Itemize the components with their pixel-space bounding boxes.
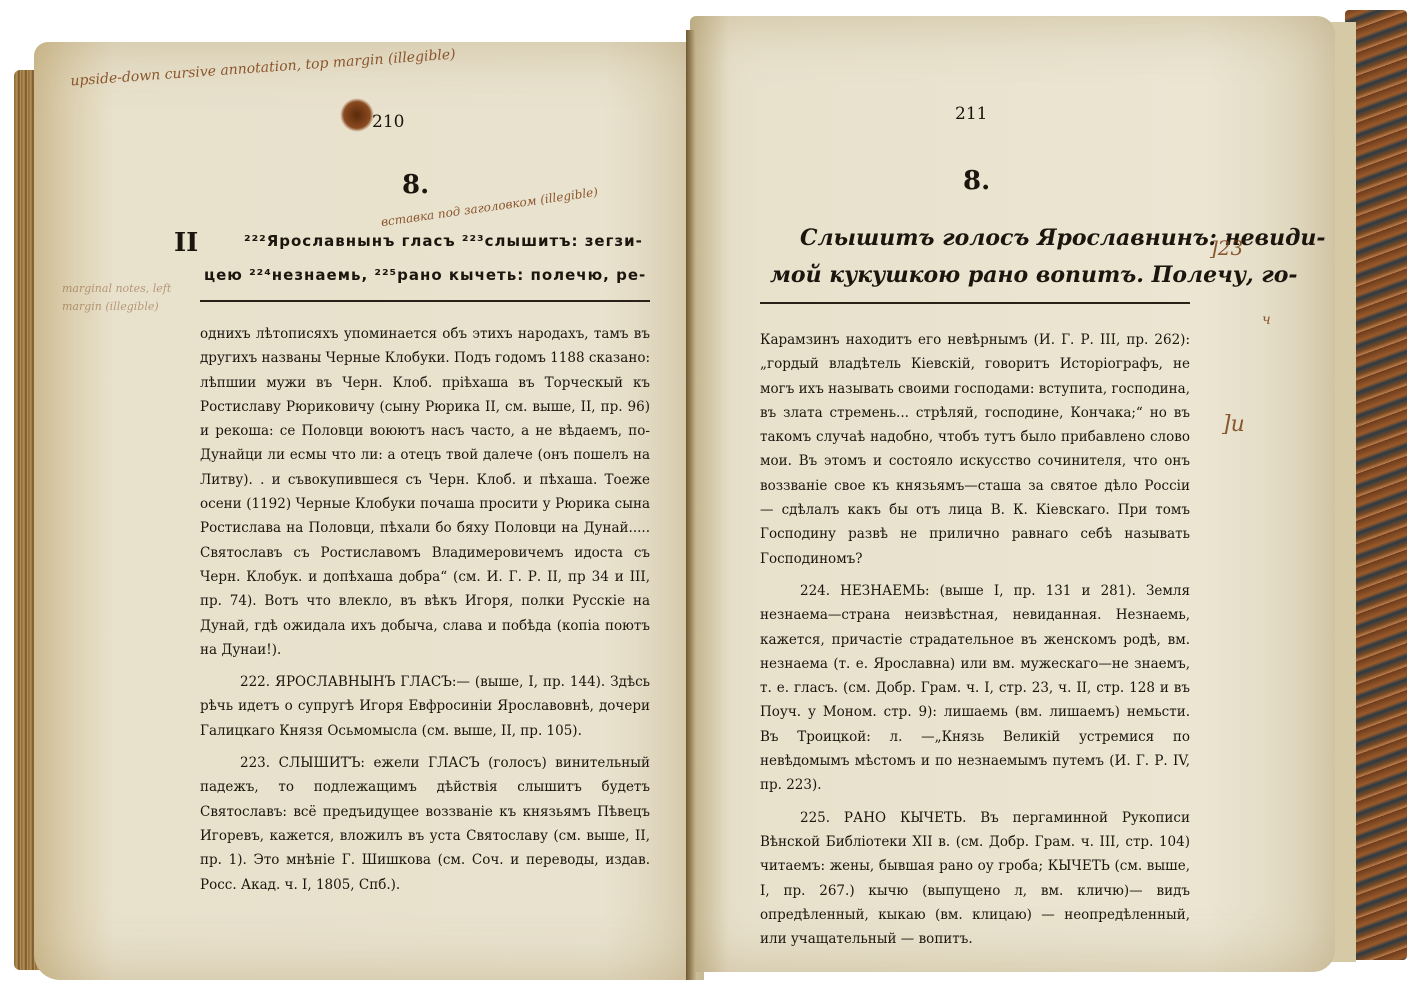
handwritten-note-margin: marginal notes, left margin (illegible) [62,280,202,316]
book-gutter [686,30,696,980]
translation-heading-line2: мой кукушкою рано вопитъ. Полечу, го- [770,257,1298,294]
heading-rule-right [760,302,1190,304]
commentary-note-222: 222. ЯРОСЛАВНЫНЪ ГЛАСЪ:— (выше, I, пр. 1… [200,670,650,743]
translation-heading-line1: Слышитъ голосъ Ярославнинъ: невиди- [800,220,1326,257]
commentary-paragraph: Карамзинъ находитъ его невѣрнымъ (И. Г. … [760,328,1190,571]
verse-heading-line2-left: цею ²²⁴незнаемь, ²²⁵рано кычеть: полечю,… [204,258,646,292]
handwritten-note-mark: ч [1262,312,1271,328]
verse-heading-line1-left: ²²²Ярославнынъ гласъ ²²³слышитъ: зегзи- [244,224,643,258]
section-number-left: 8. [402,170,429,200]
margin-roman-marker: II [174,228,198,258]
commentary-note-225: 225. РАНО КЫЧЕТЬ. Въ пергаминной Рукопис… [760,806,1190,952]
commentary-right: Карамзинъ находитъ его невѣрнымъ (И. Г. … [760,328,1190,959]
handwritten-note-u: ]u [1222,412,1245,437]
commentary-paragraph: однихъ лѣтописяхъ упоминается объ этихъ … [200,322,650,662]
commentary-left: однихъ лѣтописяхъ упоминается объ этихъ … [200,322,650,905]
heading-rule-left [200,300,650,302]
handwritten-note-23: ]23 [1210,236,1243,260]
section-number-right: 8. [963,166,990,196]
page-number-left: 210 [372,112,404,132]
open-book: upside-down cursive annotation, top marg… [0,0,1425,988]
commentary-note-223: 223. СЛЫШИТЪ: ежели ГЛАСЪ (голосъ) винит… [200,751,650,897]
ink-stain [340,98,374,132]
page-number-right: 211 [955,104,987,124]
commentary-note-224: 224. НЕЗНАЕМЬ: (выше I, пр. 131 и 281). … [760,579,1190,798]
